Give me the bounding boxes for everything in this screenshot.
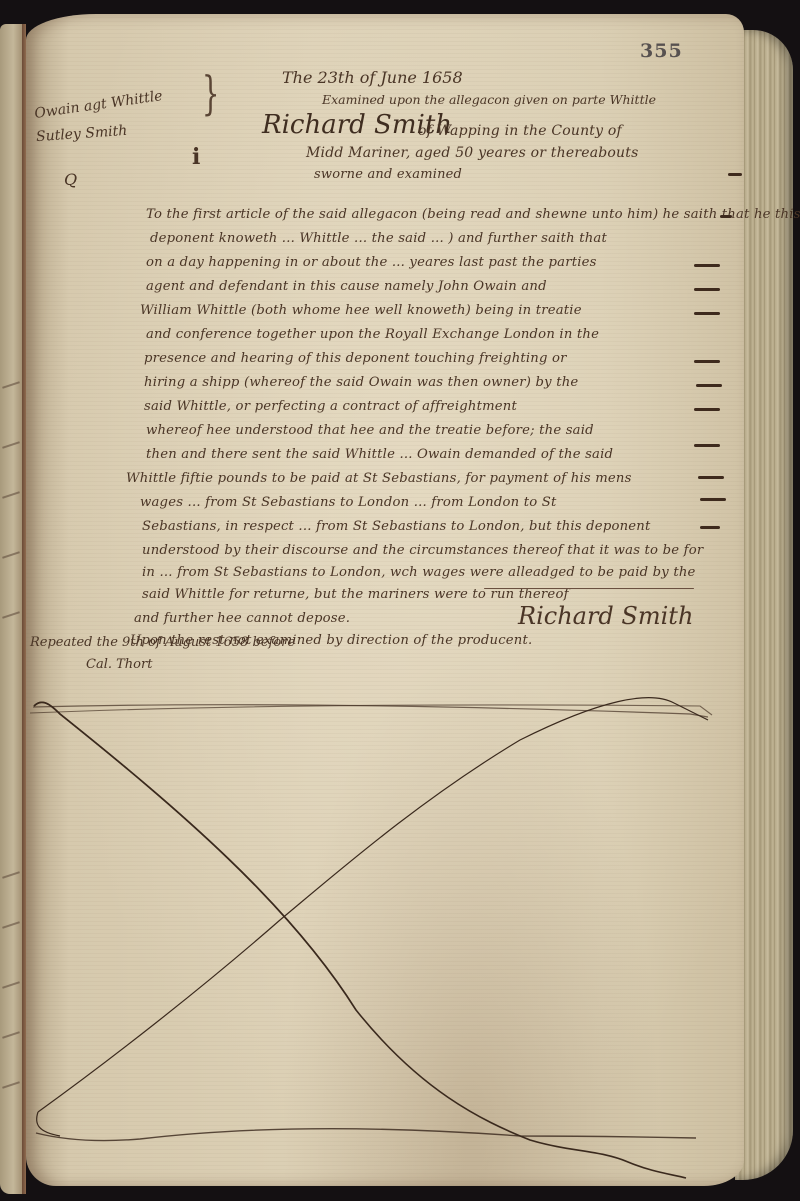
body-line-9: said Whittle, or perfecting a contract o… bbox=[144, 400, 517, 413]
line-filler-dash bbox=[728, 173, 742, 176]
facing-page-script bbox=[2, 981, 20, 988]
body-line-18: and further hee cannot depose. bbox=[134, 612, 350, 625]
facing-page-script bbox=[2, 611, 20, 618]
facing-page-script bbox=[2, 441, 20, 448]
manuscript-photo: 355 Owain agt Whittle Sutley Smith } i Q… bbox=[0, 0, 800, 1201]
margin-mark-i: i bbox=[192, 146, 200, 168]
body-line-12: Whittle fiftie pounds to be paid at St S… bbox=[126, 472, 632, 485]
body-line-16: in ... from St Sebastians to London, wch… bbox=[142, 566, 696, 579]
brace-glyph: } bbox=[202, 66, 220, 120]
line-filler-dash bbox=[694, 264, 720, 267]
body-line-6: and conference together upon the Royall … bbox=[146, 328, 599, 341]
body-line-11: then and there sent the said Whittle ...… bbox=[146, 448, 613, 461]
line-filler-rule bbox=[484, 588, 694, 589]
line-filler-dash bbox=[700, 526, 720, 529]
facing-page-script bbox=[2, 551, 20, 558]
body-line-7: presence and hearing of this deponent to… bbox=[144, 352, 567, 365]
examined-line: Examined upon the allegacon given on par… bbox=[322, 94, 656, 107]
line-filler-dash bbox=[698, 476, 724, 479]
body-line-10: whereof hee understood that hee and the … bbox=[146, 424, 594, 437]
body-line-4: agent and defendant in this cause namely… bbox=[146, 280, 547, 293]
facing-page-script bbox=[2, 921, 20, 928]
date-line: The 23th of June 1658 bbox=[282, 70, 463, 86]
line-filler-dash bbox=[694, 288, 720, 291]
repetition-note-line-1: Repeated the 9th of August 1658 before bbox=[30, 636, 295, 649]
facing-page-script bbox=[2, 1031, 20, 1038]
body-line-14: Sebastians, in respect ... from St Sebas… bbox=[142, 520, 651, 533]
margin-mark-lower: Q bbox=[64, 172, 77, 188]
deponent-signature: Richard Smith bbox=[518, 604, 693, 628]
body-line-5: William Whittle (both whome hee well kno… bbox=[140, 304, 582, 317]
facing-page-edge bbox=[0, 24, 24, 1194]
body-line-2: deponent knoweth ... Whittle ... the sai… bbox=[150, 232, 607, 245]
body-line-8: hiring a shipp (whereof the said Owain w… bbox=[144, 376, 578, 389]
body-line-15: understood by their discourse and the ci… bbox=[142, 544, 703, 557]
line-filler-dash bbox=[694, 408, 720, 411]
body-line-3: on a day happening in or about the ... y… bbox=[146, 256, 597, 269]
body-line-1: To the first article of the said allegac… bbox=[146, 208, 800, 221]
line-filler-dash bbox=[694, 444, 720, 447]
deponent-description-1: of Wapping in the County of bbox=[418, 124, 622, 138]
line-filler-dash bbox=[694, 312, 720, 315]
struck-text-2: from St Sebastians to London ... a ship bbox=[196, 494, 431, 508]
line-filler-dash bbox=[700, 498, 726, 501]
line-filler-dash bbox=[696, 384, 722, 387]
struck-text-1: Whittle bbox=[390, 470, 485, 484]
facing-page-script bbox=[2, 491, 20, 498]
line-filler-dash bbox=[720, 215, 732, 218]
facing-page-script bbox=[2, 1081, 20, 1088]
line-filler-dash bbox=[694, 360, 720, 363]
body-line-17: said Whittle for returne, but the marine… bbox=[142, 588, 569, 601]
repetition-note-line-2: Cal. Thort bbox=[86, 658, 152, 671]
folio-number: 355 bbox=[640, 40, 683, 62]
deponent-description-2: Midd Mariner, aged 50 yeares or thereabo… bbox=[306, 146, 638, 160]
deponent-description-3: sworne and examined bbox=[314, 168, 462, 181]
facing-page-script bbox=[2, 871, 20, 878]
facing-page-script bbox=[2, 381, 20, 388]
